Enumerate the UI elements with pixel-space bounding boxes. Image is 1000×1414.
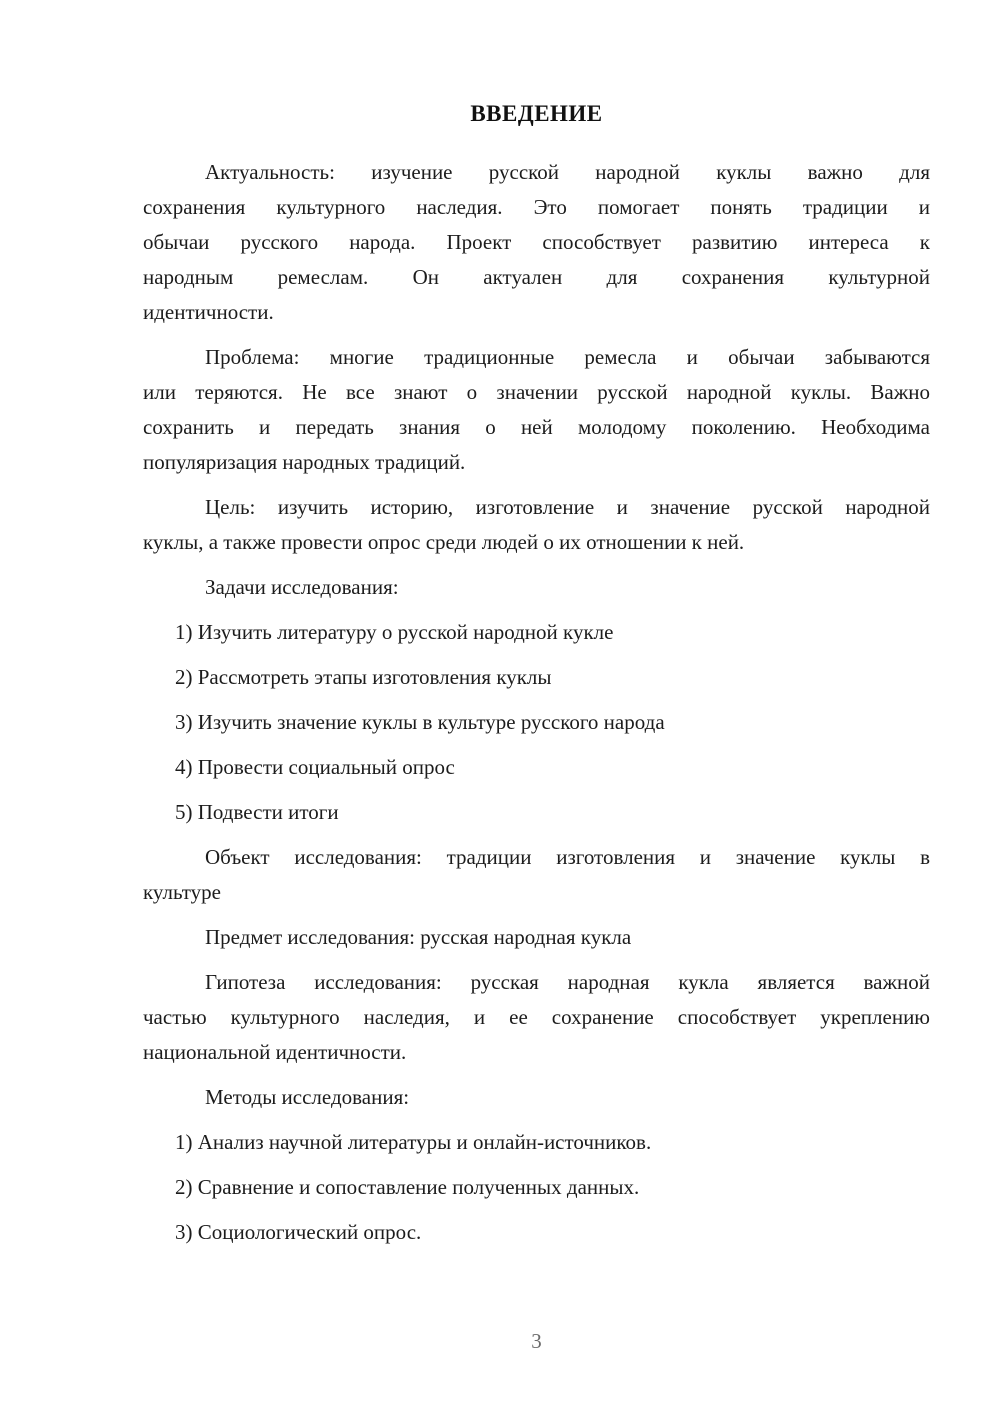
paragraph: Цель: изучить историю, изготовление и зн… xyxy=(143,490,930,560)
paragraph: Гипотеза исследования: русская народная … xyxy=(143,965,930,1070)
list-item: 1) Анализ научной литературы и онлайн-ис… xyxy=(143,1125,930,1160)
list-item: 2) Рассмотреть этапы изготовления куклы xyxy=(143,660,930,695)
text-line: Цель: изучить историю, изготовление и зн… xyxy=(143,490,930,525)
text-line: 2) Сравнение и сопоставление полученных … xyxy=(175,1170,930,1205)
document-content: ВВЕДЕНИЕ Актуальность: изучение русской … xyxy=(143,100,930,1260)
text-line: частью культурного наследия, и ее сохран… xyxy=(143,1000,930,1035)
text-line: Методы исследования: xyxy=(143,1080,930,1115)
text-line: или теряются. Не все знают о значении ру… xyxy=(143,375,930,410)
text-line: сохранения культурного наследия. Это пом… xyxy=(143,190,930,225)
document-body: Актуальность: изучение русской народной … xyxy=(143,155,930,1250)
text-line: 3) Социологический опрос. xyxy=(175,1215,930,1250)
text-line: Гипотеза исследования: русская народная … xyxy=(143,965,930,1000)
text-line: 3) Изучить значение куклы в культуре рус… xyxy=(175,705,930,740)
text-line: сохранить и передать знания о ней молодо… xyxy=(143,410,930,445)
paragraph: Методы исследования: xyxy=(143,1080,930,1115)
document-page: ВВЕДЕНИЕ Актуальность: изучение русской … xyxy=(0,0,1000,1414)
text-line: 5) Подвести итоги xyxy=(175,795,930,830)
paragraph: Задачи исследования: xyxy=(143,570,930,605)
text-line: обычаи русского народа. Проект способств… xyxy=(143,225,930,260)
paragraph: Проблема: многие традиционные ремесла и … xyxy=(143,340,930,480)
text-line: национальной идентичности. xyxy=(143,1035,930,1070)
text-line: Актуальность: изучение русской народной … xyxy=(143,155,930,190)
list-item: 3) Изучить значение куклы в культуре рус… xyxy=(143,705,930,740)
text-line: куклы, а также провести опрос среди люде… xyxy=(143,525,930,560)
list-item: 3) Социологический опрос. xyxy=(143,1215,930,1250)
list-item: 2) Сравнение и сопоставление полученных … xyxy=(143,1170,930,1205)
text-line: народным ремеслам. Он актуален для сохра… xyxy=(143,260,930,295)
text-line: культуре xyxy=(143,875,930,910)
text-line: популяризация народных традиций. xyxy=(143,445,930,480)
paragraph: Предмет исследования: русская народная к… xyxy=(143,920,930,955)
document-title: ВВЕДЕНИЕ xyxy=(143,100,930,128)
list-item: 1) Изучить литературу о русской народной… xyxy=(143,615,930,650)
list-item: 5) Подвести итоги xyxy=(143,795,930,830)
paragraph: Объект исследования: традиции изготовлен… xyxy=(143,840,930,910)
list-item: 4) Провести социальный опрос xyxy=(143,750,930,785)
text-line: Задачи исследования: xyxy=(143,570,930,605)
text-line: 1) Изучить литературу о русской народной… xyxy=(175,615,930,650)
paragraph: Актуальность: изучение русской народной … xyxy=(143,155,930,330)
text-line: идентичности. xyxy=(143,295,930,330)
page-number: 3 xyxy=(143,1326,930,1356)
text-line: Проблема: многие традиционные ремесла и … xyxy=(143,340,930,375)
text-line: 2) Рассмотреть этапы изготовления куклы xyxy=(175,660,930,695)
text-line: Объект исследования: традиции изготовлен… xyxy=(143,840,930,875)
text-line: 1) Анализ научной литературы и онлайн-ис… xyxy=(175,1125,930,1160)
text-line: 4) Провести социальный опрос xyxy=(175,750,930,785)
text-line: Предмет исследования: русская народная к… xyxy=(143,920,930,955)
